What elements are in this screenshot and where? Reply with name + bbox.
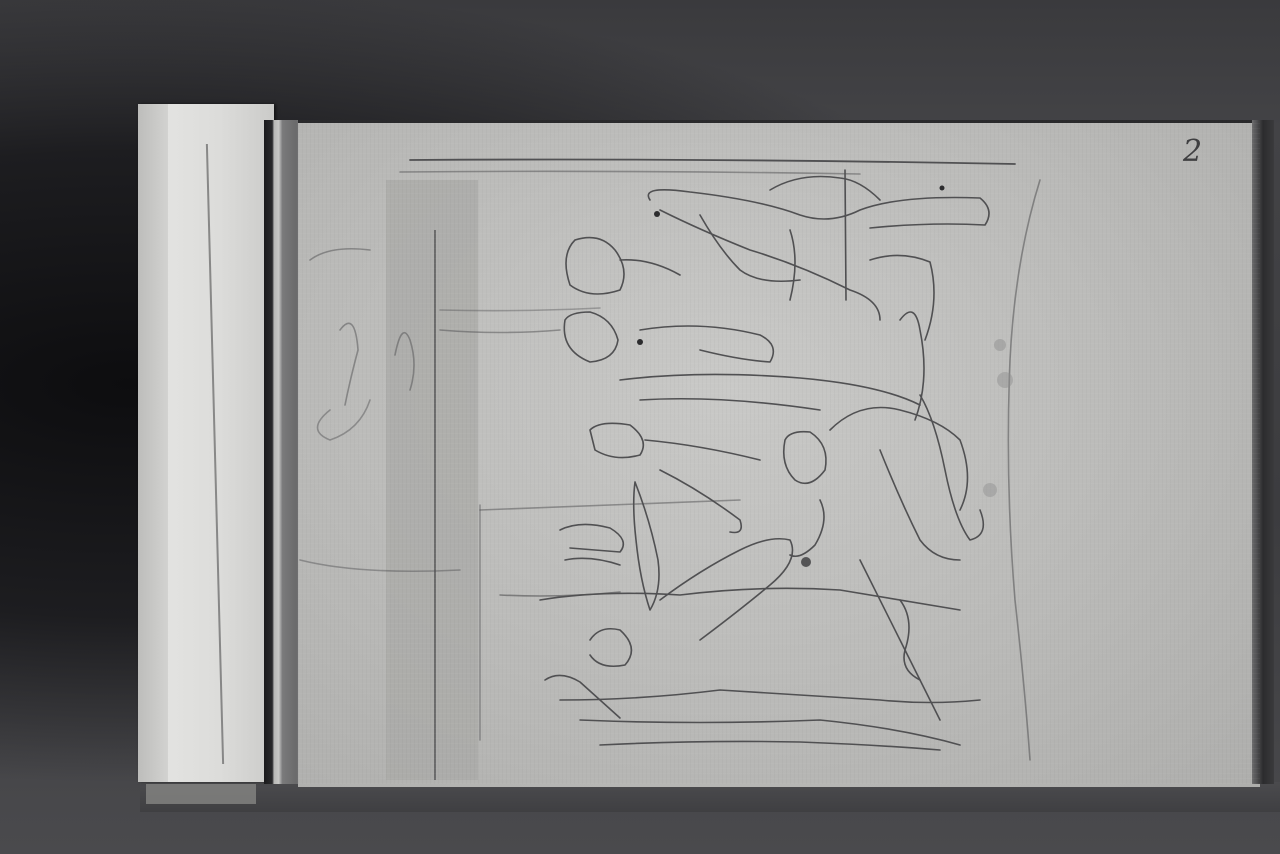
pencil-sketch xyxy=(0,0,1280,854)
